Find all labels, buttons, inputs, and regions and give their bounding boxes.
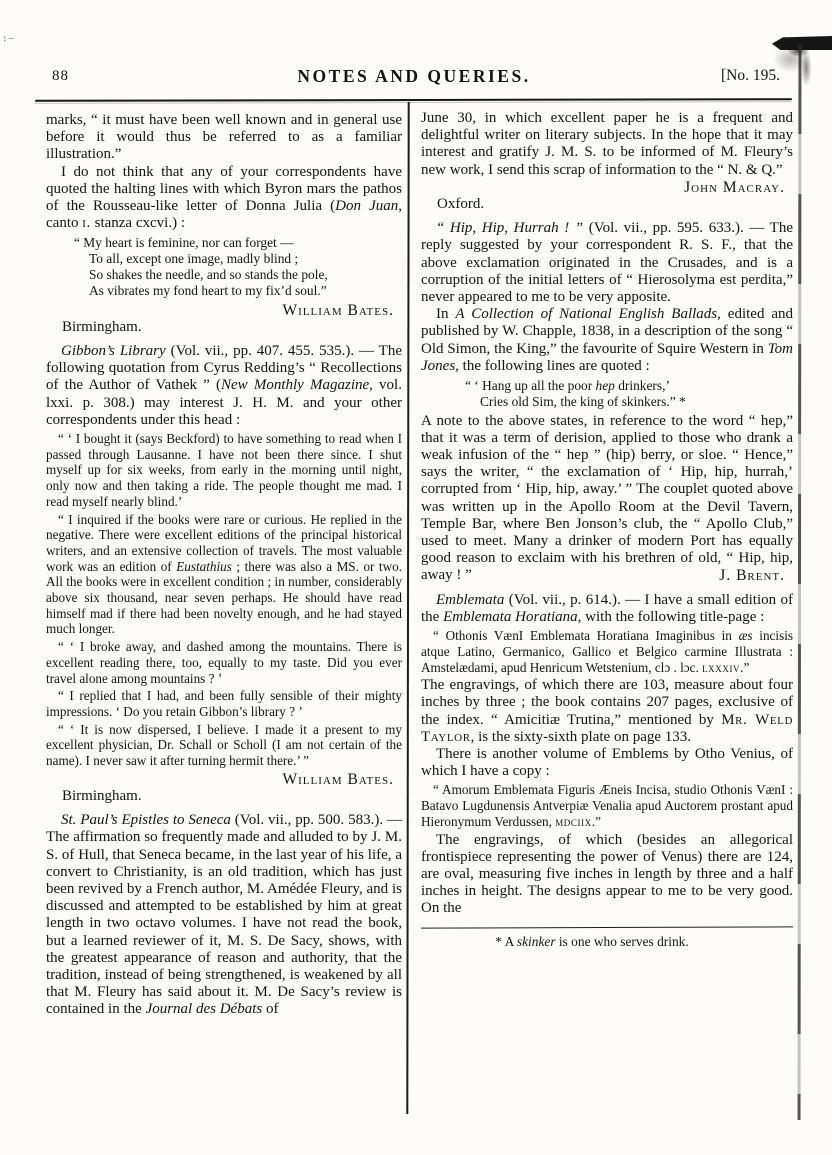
paragraph: Gibbon’s Library (Vol. vii., pp. 407. 45… <box>46 343 402 429</box>
text-segment: Cries old Sim, the king of skinkers.” * <box>480 394 686 409</box>
signature: William Bates. <box>46 771 402 788</box>
styled-text-segment: skinker <box>517 934 556 949</box>
styled-text-segment: Don Juan <box>335 198 398 214</box>
quote-paragraph: “ ‘ I broke away, and dashed among the m… <box>46 639 402 686</box>
left-column: marks, “ it must have been well known an… <box>46 112 402 1019</box>
verse: “ ‘ Hang up all the poor hep drinkers,’C… <box>465 378 793 410</box>
verse-line: Cries old Sim, the king of skinkers.” * <box>465 394 793 410</box>
paragraph: The engravings, of which (besides an all… <box>421 832 793 918</box>
styled-text-segment: Gibbon’s Library <box>61 343 166 359</box>
paragraph: I do not think that any of your correspo… <box>46 164 402 233</box>
paragraph: marks, “ it must have been well known an… <box>46 112 402 164</box>
quote-paragraph: “ Othonis VænI Emblemata Horatiana Imagi… <box>421 628 793 675</box>
text-segment: “ ‘ Hang up all the poor <box>465 378 596 393</box>
signature: John Macray. <box>421 179 793 196</box>
text-segment: “ ‘ I bought it (says Beckford) to have … <box>46 431 402 509</box>
quote-paragraph: “ I inquired if the books were rare or c… <box>46 512 402 638</box>
scanned-document-page: :— 88 NOTES AND QUERIES. [No. 195. marks… <box>0 0 832 1155</box>
footnote-rule <box>421 926 793 928</box>
paragraph: St. Paul’s Epistles to Seneca (Vol. vii.… <box>46 812 402 1018</box>
verse-line: So shakes the needle, and so stands the … <box>74 267 402 283</box>
verse: “ My heart is feminine, nor can forget —… <box>74 235 402 298</box>
text-segment: of <box>262 1001 278 1017</box>
text-segment: is one who serves drink. <box>556 934 689 949</box>
text-segment: marks, “ it must have been well known an… <box>46 112 402 162</box>
text-segment: In <box>436 306 455 322</box>
text-segment: A note to the above states, in reference… <box>421 413 793 584</box>
paragraph: In A Collection of National English Ball… <box>421 306 793 375</box>
styled-text-segment: Journal des Débats <box>146 1001 263 1017</box>
footnote: * A skinker is one who serves drink. <box>421 933 793 950</box>
scan-artifact-edge-line <box>798 44 802 1120</box>
quote-paragraph: “ I replied that I had, and been fully s… <box>46 688 402 719</box>
quote-paragraph: “ Amorum Emblemata Figuris Æneis Incisa,… <box>421 782 793 829</box>
styled-text-segment: Emblemata <box>436 592 504 608</box>
styled-text-segment: St. Paul’s Epistles to Seneca <box>61 812 231 828</box>
styled-text-segment: i. <box>82 215 91 231</box>
header-rule <box>35 98 792 102</box>
verse-line: “ My heart is feminine, nor can forget — <box>74 235 402 251</box>
text-segment: , is the sixty-sixth plate on page 133. <box>471 729 691 745</box>
text-segment: “ Othonis VænI Emblemata Horatiana Imagi… <box>433 628 739 643</box>
scan-artifact-speckle <box>762 42 814 100</box>
styled-text-segment: mdciix <box>555 814 592 829</box>
placename: Birmingham. <box>46 788 402 805</box>
styled-text-segment: æs <box>739 628 753 643</box>
verse-line: As vibrates my fond heart to my fix’d so… <box>74 283 402 299</box>
text-segment: To all, except one image, madly blind ; <box>89 251 298 266</box>
paragraph: A note to the above states, in reference… <box>421 413 793 585</box>
signature: William Bates. <box>46 302 402 319</box>
placename: Birmingham. <box>46 319 402 336</box>
styled-text-segment: hep <box>596 378 615 393</box>
styled-text-segment: “ Hip, Hip, Hurrah ! ” <box>436 220 583 236</box>
text-segment: “ ‘ It is now dispersed, I believe. I ma… <box>46 722 402 768</box>
paragraph: The engravings, of which there are 103, … <box>421 677 793 746</box>
paragraph: “ Hip, Hip, Hurrah ! ” (Vol. vii., pp. 5… <box>421 220 793 306</box>
styled-text-segment: lxxxiv <box>702 660 740 675</box>
text-segment: There is another volume of Emblems by Ot… <box>421 746 793 779</box>
paragraph: Emblemata (Vol. vii., p. 614.). — I have… <box>421 592 793 626</box>
quote-paragraph: “ ‘ It is now dispersed, I believe. I ma… <box>46 722 402 769</box>
text-segment: “ ‘ I broke away, and dashed among the m… <box>46 639 402 685</box>
text-segment: The engravings, of which (besides an all… <box>421 832 793 917</box>
styled-text-segment: Eustathius <box>176 559 232 574</box>
text-segment: “ My heart is feminine, nor can forget — <box>74 235 294 250</box>
text-segment: * A <box>495 934 517 949</box>
text-segment: So shakes the needle, and so stands the … <box>89 267 328 282</box>
text-segment: .” <box>740 660 749 675</box>
verse-line: “ ‘ Hang up all the poor hep drinkers,’ <box>465 378 793 394</box>
text-segment: , with the following title-page : <box>578 609 765 625</box>
text-segment: (Vol. vii., pp. 500. 583.). — The affirm… <box>46 812 402 1017</box>
text-segment: stanza cxcvi.) : <box>91 215 185 231</box>
paragraph: June 30, in which excellent paper he is … <box>421 110 793 179</box>
text-segment: .” <box>592 814 601 829</box>
right-column: June 30, in which excellent paper he is … <box>421 110 793 950</box>
text-segment: “ I replied that I had, and been fully s… <box>46 688 402 719</box>
signature: J. Brent. <box>421 567 793 584</box>
styled-text-segment: A Collection of National English Ballads <box>455 306 717 322</box>
quote-paragraph: “ ‘ I bought it (says Beckford) to have … <box>46 431 402 510</box>
text-segment: drinkers,’ <box>615 378 670 393</box>
journal-title: NOTES AND QUERIES. <box>36 66 792 87</box>
placename: Oxford. <box>421 196 793 213</box>
text-segment: “ Amorum Emblemata Figuris Æneis Incisa,… <box>421 782 793 828</box>
scan-artifact-mark: :— <box>2 34 20 44</box>
column-divider <box>406 102 409 1114</box>
text-segment: June 30, in which excellent paper he is … <box>421 110 793 178</box>
verse-line: To all, except one image, madly blind ; <box>74 251 402 267</box>
text-segment: , the following lines are quoted : <box>455 358 650 374</box>
styled-text-segment: New Monthly Magazine <box>221 377 369 393</box>
text-segment: As vibrates my fond heart to my fix’d so… <box>89 283 327 298</box>
styled-text-segment: Emblemata Horatiana <box>443 609 578 625</box>
paragraph: There is another volume of Emblems by Ot… <box>421 746 793 780</box>
